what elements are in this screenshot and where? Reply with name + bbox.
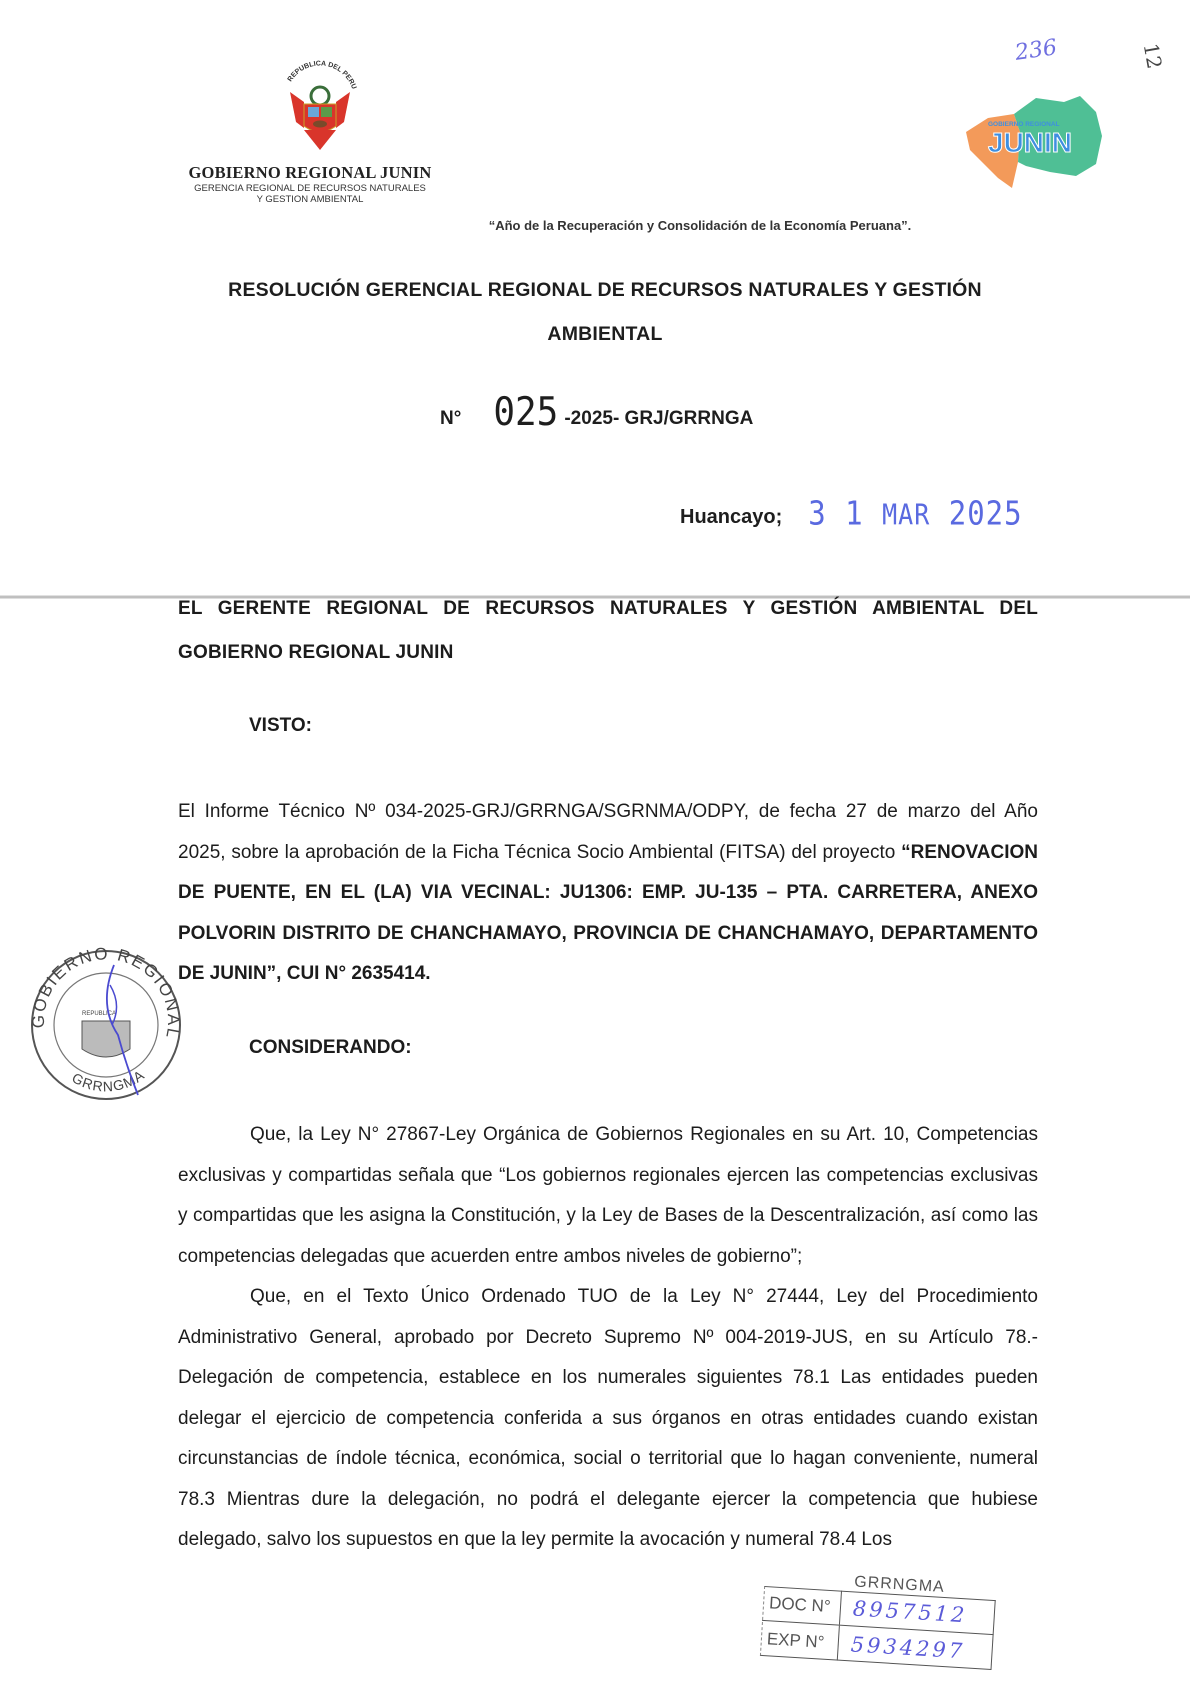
logo-text: JUNIN	[988, 127, 1072, 158]
considerando-section: Que, la Ley N° 27867-Ley Orgánica de Gob…	[178, 1115, 1038, 1561]
place: Huancayo;	[680, 506, 782, 529]
stamp-doc-value: 8957512	[840, 1596, 968, 1628]
svg-text:REPUBLICA DEL PERU: REPUBLICA DEL PERU	[287, 60, 358, 90]
stamp-exp-value: 5934297	[838, 1631, 966, 1663]
resolution-title-line-2: AMBIENTAL	[0, 323, 1190, 346]
handwritten-folio-number: 236	[1013, 35, 1058, 66]
resolution-number-label: N°	[440, 408, 461, 430]
official-seal: GOBIERNO REGIONAL JUNIN REPUBLICA GRRNGM…	[26, 945, 186, 1105]
resolution-number-suffix: -2025- GRJ/GRRNGA	[564, 408, 753, 430]
stamp-exp-label: EXP N°	[760, 1621, 840, 1661]
resolution-number-value: 025	[493, 390, 558, 435]
resolution-number: N° 025 -2025- GRJ/GRRNGA	[440, 392, 753, 433]
year-motto: “Año de la Recuperación y Consolidación …	[0, 218, 1190, 233]
institution-subtitle: GERENCIA REGIONAL DE RECURSOS NATURALES	[160, 183, 460, 194]
seal-inner-text: REPUBLICA	[82, 1011, 116, 1017]
considerando-paragraph: Que, la Ley N° 27867-Ley Orgánica de Gob…	[178, 1115, 1038, 1277]
place-and-date: Huancayo; 3 1 MAR 2025	[680, 496, 1023, 530]
institution-name: GOBIERNO REGIONAL JUNIN	[160, 163, 460, 183]
date-year: 2025	[949, 493, 1023, 532]
coat-of-arms-caption: REPUBLICA DEL PERU	[287, 60, 358, 90]
resolution-title: RESOLUCIÓN GERENCIAL REGIONAL DE RECURSO…	[0, 279, 1190, 302]
date-day: 3 1	[808, 493, 863, 532]
date-stamp: 3 1 MAR 2025	[808, 493, 1022, 532]
considerando-paragraph: Que, en el Texto Único Ordenado TUO de l…	[178, 1277, 1038, 1561]
junin-regional-logo: GOBIERNO REGIONAL JUNIN	[960, 92, 1110, 192]
visto-paragraph: El Informe Técnico Nº 034-2025-GRJ/GRRNG…	[178, 792, 1038, 995]
page-mark: 12	[1139, 41, 1167, 70]
issuer-heading: EL GERENTE REGIONAL DE RECURSOS NATURALE…	[178, 587, 1038, 675]
document-registry-stamp: GRRNGMA DOC N° 8957512 EXP N° 5934297	[759, 1568, 997, 1682]
date-month: MAR	[882, 498, 930, 531]
coat-of-arms-logo: REPUBLICA DEL PERU	[270, 58, 370, 158]
considerando-heading: CONSIDERANDO:	[249, 1037, 412, 1059]
visto-heading: VISTO:	[249, 715, 312, 737]
institution-subtitle-2: Y GESTION AMBIENTAL	[160, 194, 460, 205]
stamp-doc-label: DOC N°	[762, 1586, 842, 1625]
